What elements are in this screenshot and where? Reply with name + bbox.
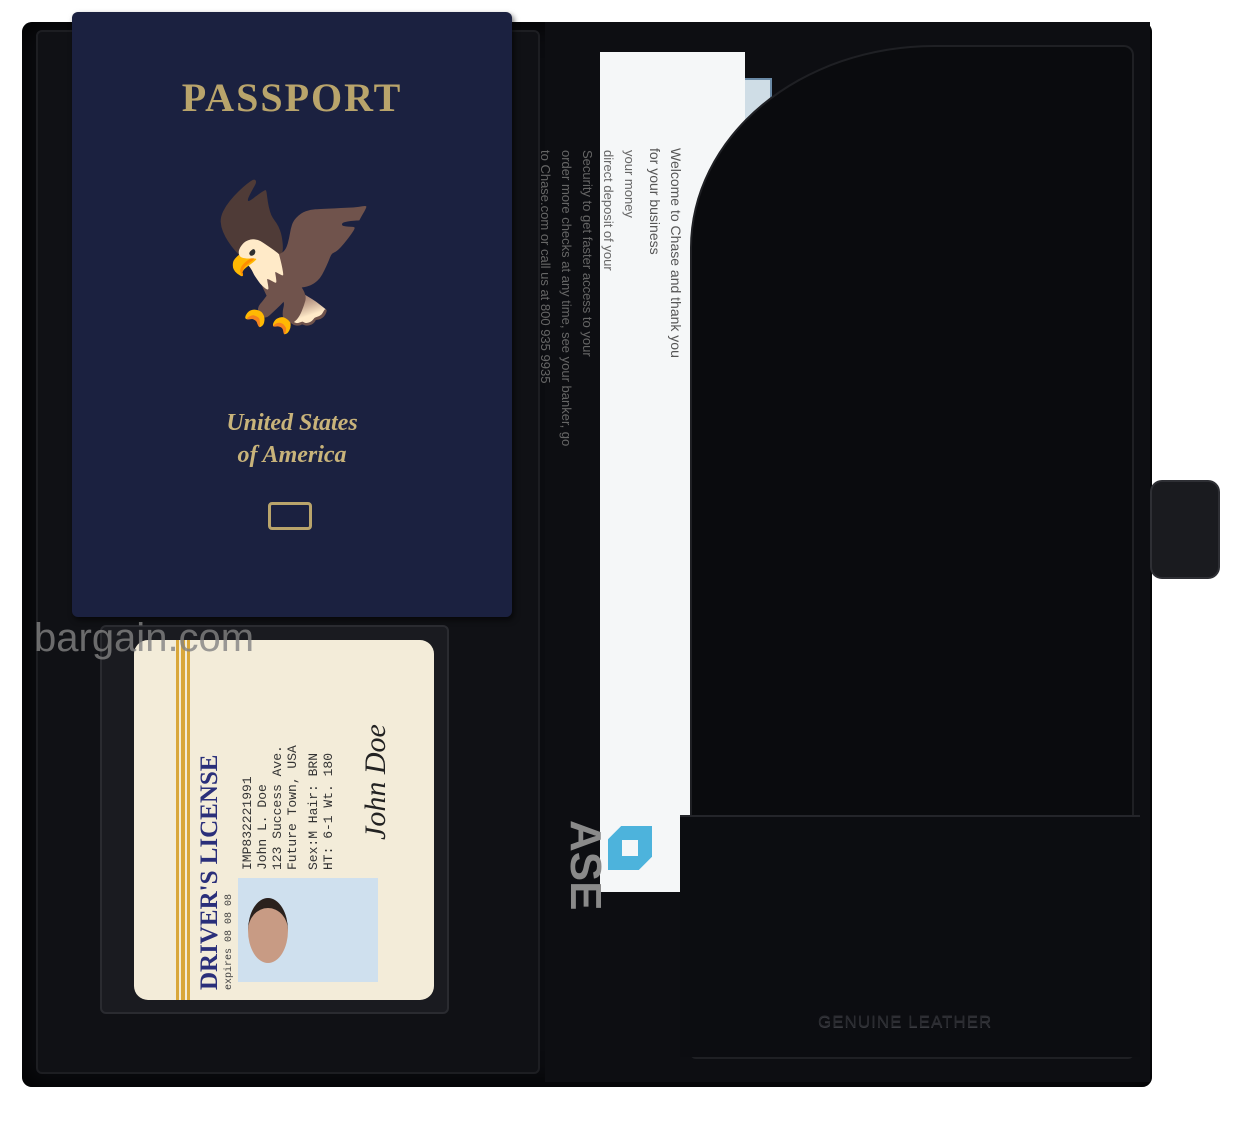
eagle-seal-icon: 🦅 bbox=[207, 162, 377, 352]
genuine-leather-stamp: GENUINE LEATHER bbox=[818, 1012, 992, 1032]
biometric-chip-icon bbox=[268, 502, 312, 530]
snap-clasp bbox=[1150, 480, 1220, 579]
license-title: DRIVER'S LICENSE bbox=[196, 755, 224, 991]
passport-country: United States of America bbox=[72, 407, 512, 471]
license-stripe bbox=[176, 640, 190, 1000]
us-passport: PASSPORT 🦅 United States of America bbox=[72, 12, 512, 617]
check-body-text: your money direct deposit of your Securi… bbox=[535, 150, 640, 446]
drivers-license: DRIVER'S LICENSE expires 08 08 08 IMP832… bbox=[134, 640, 434, 1000]
license-expires: expires 08 08 08 bbox=[224, 894, 235, 990]
check-welcome-text: Welcome to Chase and thank you for your … bbox=[644, 148, 686, 358]
passport-title: PASSPORT bbox=[72, 74, 512, 121]
license-details: IMP832221991 John L. Doe 123 Success Ave… bbox=[240, 745, 336, 870]
chase-brand-text: ASE bbox=[560, 820, 610, 910]
watermark: bargain.com bbox=[34, 616, 254, 661]
license-signature: John Doe bbox=[359, 724, 393, 840]
face-icon bbox=[248, 898, 288, 963]
license-photo bbox=[238, 878, 378, 982]
